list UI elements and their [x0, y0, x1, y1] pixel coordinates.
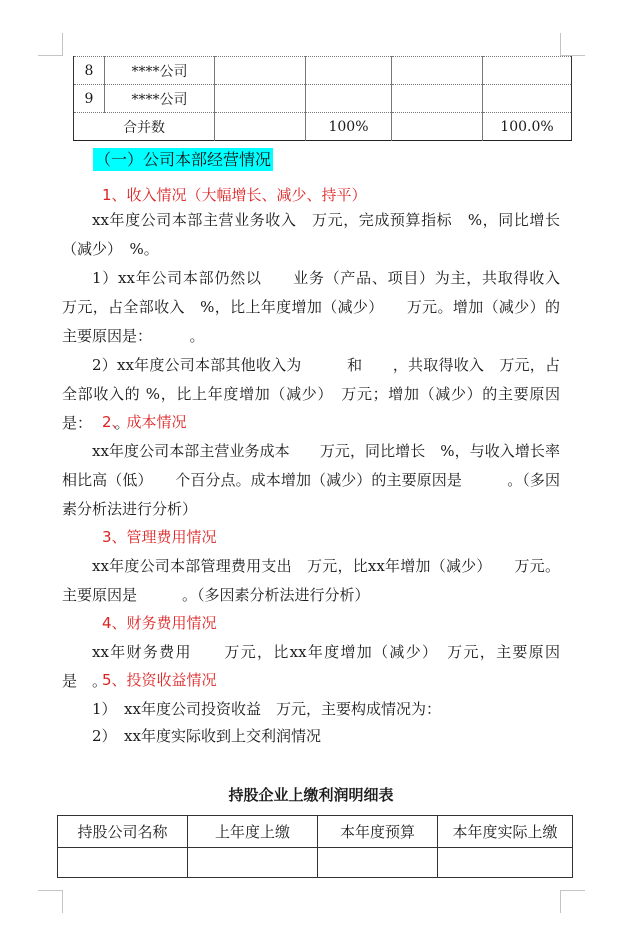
table-header-row: 持股公司名称 上年度上缴 本年度预算 本年度实际上缴 [58, 816, 573, 848]
empty-cell [188, 848, 318, 878]
empty-cell [306, 57, 392, 85]
empty-cell [392, 113, 483, 141]
empty-cell [438, 848, 573, 878]
paragraph-income-item-1: 1）xx年公司本部仍然以 业务（产品、项目）为主，共取得收入 万元，占全部收入 … [62, 264, 560, 351]
empty-cell [392, 85, 483, 113]
paragraph-cost: xx年度公司本部主营业务成本 万元，同比增长 %，与收入增长率相比高（低） 个百… [62, 437, 560, 524]
empty-cell [306, 85, 392, 113]
table-total-row: 合并数 100% 100.0% [74, 113, 572, 141]
margin-crop-mark-bottom-right [560, 890, 585, 913]
header-current-year-actual: 本年度实际上缴 [438, 816, 573, 848]
empty-cell [318, 848, 438, 878]
subheading-admin-expense: 3、管理费用情况 [102, 523, 217, 552]
subheading-investment-income: 5、投资收益情况 [102, 666, 217, 695]
total-label-cell: 合并数 [74, 113, 215, 141]
profit-table-title: 持股企业上缴利润明细表 [62, 781, 560, 810]
empty-cell [483, 57, 572, 85]
paragraph-admin-expense: xx年度公司本部管理费用支出 万元，比xx年增加（减少） 万元。主要原因是 。（… [62, 552, 560, 610]
company-name-cell: ****公司 [105, 57, 215, 85]
empty-cell [215, 57, 306, 85]
empty-cell [58, 848, 188, 878]
row-number-cell: 9 [74, 85, 105, 113]
company-summary-table: 8 ****公司 9 ****公司 合并数 100% 100.0% [73, 56, 572, 141]
company-name-cell: ****公司 [105, 85, 215, 113]
margin-crop-mark-bottom-left [38, 890, 63, 913]
subheading-cost: 2、成本情况 [102, 408, 187, 437]
subheading-financial-expense: 4、财务费用情况 [102, 609, 217, 638]
margin-crop-mark-top-right [560, 33, 585, 56]
table-row [58, 848, 573, 878]
empty-cell [215, 113, 306, 141]
table-row: 8 ****公司 [74, 57, 572, 85]
section-heading-highlighted: （一）公司本部经营情况 [93, 148, 273, 171]
total-percent-cell: 100% [306, 113, 392, 141]
empty-cell [215, 85, 306, 113]
paragraph-investment-item-1: 1） xx年度公司投资收益 万元，主要构成情况为： [62, 695, 560, 724]
document-page: 8 ****公司 9 ****公司 合并数 100% 100.0% [0, 0, 640, 939]
profit-detail-table: 持股公司名称 上年度上缴 本年度预算 本年度实际上缴 [57, 815, 573, 878]
paragraph-income-summary: xx年度公司本部主营业务收入 万元，完成预算指标 %，同比增长（减少） %。 [62, 206, 560, 264]
empty-cell [392, 57, 483, 85]
total-percent-cell: 100.0% [483, 113, 572, 141]
margin-crop-mark-top-left [38, 33, 63, 56]
table-row: 9 ****公司 [74, 85, 572, 113]
empty-cell [483, 85, 572, 113]
paragraph-investment-item-2: 2） xx年度实际收到上交利润情况 [62, 722, 560, 751]
row-number-cell: 8 [74, 57, 105, 85]
header-last-year-paid: 上年度上缴 [188, 816, 318, 848]
header-current-year-budget: 本年度预算 [318, 816, 438, 848]
header-company-name: 持股公司名称 [58, 816, 188, 848]
